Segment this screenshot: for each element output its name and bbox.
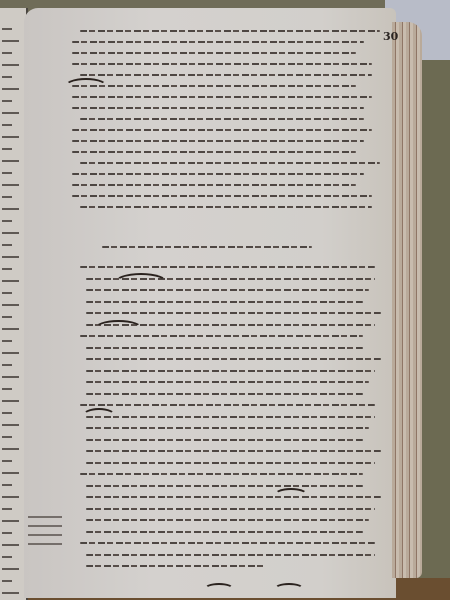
manuscript-page bbox=[24, 8, 396, 598]
handwriting-line bbox=[86, 427, 369, 429]
handwriting-line bbox=[2, 160, 19, 162]
handwriting-line bbox=[2, 484, 12, 486]
handwriting-line bbox=[2, 148, 12, 150]
handwriting-line bbox=[2, 64, 19, 66]
handwriting-line bbox=[80, 74, 372, 76]
handwriting-line bbox=[2, 472, 19, 474]
handwriting-line bbox=[2, 172, 12, 174]
handwriting-line bbox=[2, 136, 19, 138]
handwriting-line bbox=[86, 439, 363, 441]
handwriting-line bbox=[2, 592, 19, 594]
handwriting-line bbox=[2, 256, 19, 258]
margin-annotation-line bbox=[28, 516, 62, 518]
handwriting-line bbox=[2, 460, 12, 462]
handwriting-line bbox=[2, 508, 12, 510]
ink-flourish bbox=[94, 320, 143, 338]
handwriting-line bbox=[86, 508, 375, 510]
handwriting-line bbox=[72, 173, 364, 175]
handwriting-line bbox=[2, 40, 19, 42]
folio-number: 30 bbox=[383, 30, 398, 43]
handwriting-line bbox=[2, 340, 12, 342]
handwriting-line bbox=[102, 246, 312, 248]
ink-flourish bbox=[204, 583, 234, 595]
handwriting-line bbox=[2, 364, 12, 366]
handwriting-line bbox=[2, 124, 12, 126]
handwriting-line bbox=[72, 184, 356, 186]
handwriting-line bbox=[72, 63, 372, 65]
handwriting-line bbox=[80, 118, 364, 120]
handwriting-line bbox=[2, 496, 19, 498]
handwriting-line bbox=[80, 473, 363, 475]
handwriting-line bbox=[72, 140, 364, 142]
handwriting-line bbox=[2, 112, 19, 114]
handwriting-line bbox=[86, 554, 375, 556]
handwriting-line bbox=[86, 519, 369, 521]
handwriting-line bbox=[72, 107, 364, 109]
handwriting-line bbox=[80, 162, 380, 164]
handwriting-line bbox=[2, 388, 12, 390]
handwriting-line bbox=[80, 404, 375, 406]
margin-annotation-line bbox=[28, 534, 62, 536]
handwriting-line bbox=[72, 96, 372, 98]
handwriting-line bbox=[2, 532, 12, 534]
handwriting-line bbox=[2, 436, 12, 438]
handwriting-line bbox=[2, 568, 19, 570]
handwriting-line bbox=[2, 316, 12, 318]
handwriting-line bbox=[2, 76, 12, 78]
handwriting-line bbox=[2, 544, 19, 546]
handwriting-line bbox=[2, 232, 19, 234]
ink-flourish bbox=[64, 78, 108, 96]
handwriting-line bbox=[72, 41, 364, 43]
handwriting-line bbox=[2, 448, 19, 450]
handwriting-line bbox=[2, 52, 12, 54]
handwriting-line bbox=[2, 376, 19, 378]
handwriting-line bbox=[86, 370, 375, 372]
handwriting-line bbox=[2, 304, 19, 306]
handwriting-line bbox=[86, 416, 375, 418]
handwriting-line bbox=[86, 565, 266, 567]
handwriting-line bbox=[2, 100, 12, 102]
handwriting-line bbox=[86, 358, 381, 360]
handwriting-line bbox=[86, 496, 381, 498]
handwriting-line bbox=[2, 352, 19, 354]
margin-annotation-line bbox=[28, 543, 62, 545]
handwriting-line bbox=[2, 88, 19, 90]
handwriting-line bbox=[2, 244, 12, 246]
handwriting-line bbox=[86, 450, 381, 452]
handwriting-line bbox=[2, 196, 12, 198]
handwriting-line bbox=[2, 268, 12, 270]
margin-annotation-line bbox=[28, 525, 62, 527]
handwriting-line bbox=[2, 412, 12, 414]
handwriting-line bbox=[2, 424, 19, 426]
handwriting-line bbox=[2, 580, 12, 582]
handwriting-line bbox=[2, 292, 12, 294]
handwriting-line bbox=[80, 206, 372, 208]
handwriting-line bbox=[86, 393, 363, 395]
handwriting-line bbox=[86, 312, 381, 314]
handwriting-line bbox=[86, 347, 363, 349]
handwriting-line bbox=[72, 52, 356, 54]
handwriting-line bbox=[86, 531, 363, 533]
handwriting-line bbox=[2, 220, 12, 222]
handwriting-line bbox=[86, 462, 375, 464]
handwriting-line bbox=[2, 520, 19, 522]
handwriting-line bbox=[72, 85, 356, 87]
handwriting-line bbox=[80, 30, 380, 32]
handwriting-line bbox=[72, 151, 356, 153]
ink-flourish bbox=[274, 583, 304, 595]
handwriting-line bbox=[80, 266, 375, 268]
page-edges bbox=[392, 22, 422, 578]
handwriting-line bbox=[2, 184, 19, 186]
ink-flourish bbox=[82, 408, 116, 424]
handwriting-line bbox=[2, 280, 19, 282]
handwriting-line bbox=[86, 485, 363, 487]
ink-flourish bbox=[114, 273, 168, 293]
handwriting-line bbox=[72, 129, 372, 131]
handwriting-line bbox=[2, 208, 19, 210]
handwriting-line bbox=[80, 542, 375, 544]
ink-flourish bbox=[274, 488, 308, 502]
handwriting-line bbox=[86, 381, 369, 383]
handwriting-line bbox=[2, 400, 19, 402]
handwriting-line bbox=[2, 328, 19, 330]
handwriting-line bbox=[2, 556, 12, 558]
handwriting-line bbox=[2, 28, 12, 30]
handwriting-line bbox=[72, 195, 372, 197]
handwriting-line bbox=[86, 301, 363, 303]
